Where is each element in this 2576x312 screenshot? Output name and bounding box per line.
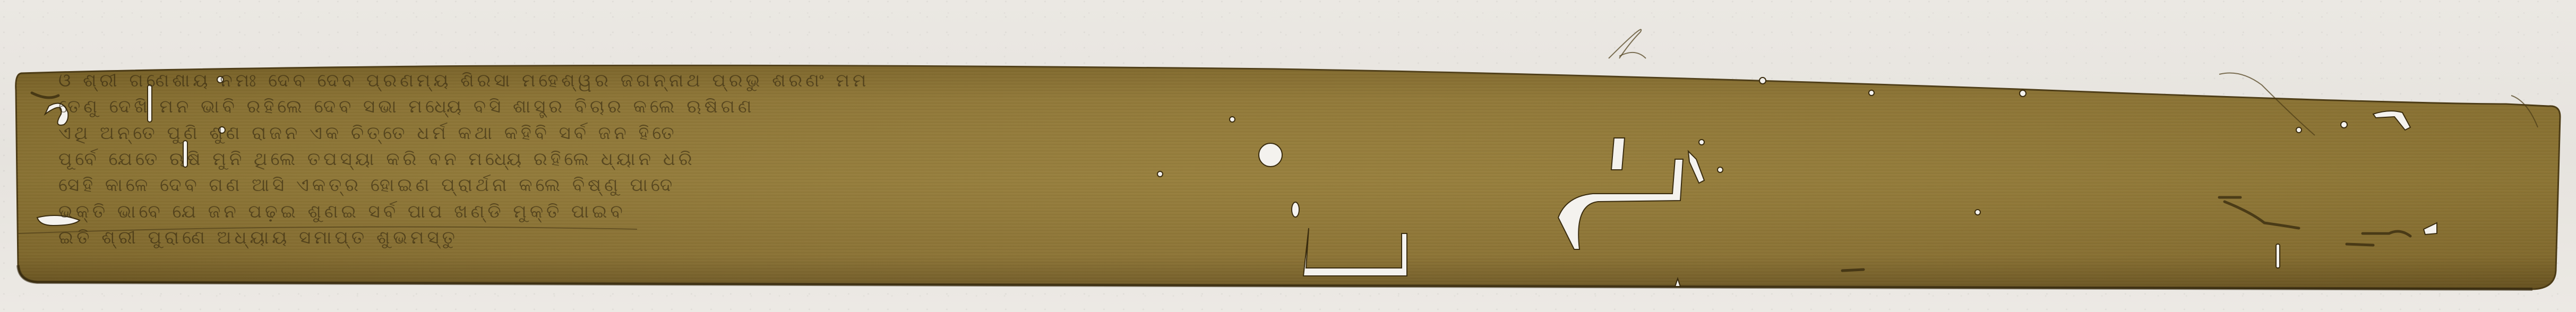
palm-leaf-manuscript: ଓ ଶ୍ରୀ ଗଣେଶାୟ ନମଃ ଦେବ ଦେବ ପ୍ରଣମ୍ୟ ଶିରସା … [0, 0, 2576, 312]
palm-leaf [0, 0, 2576, 312]
